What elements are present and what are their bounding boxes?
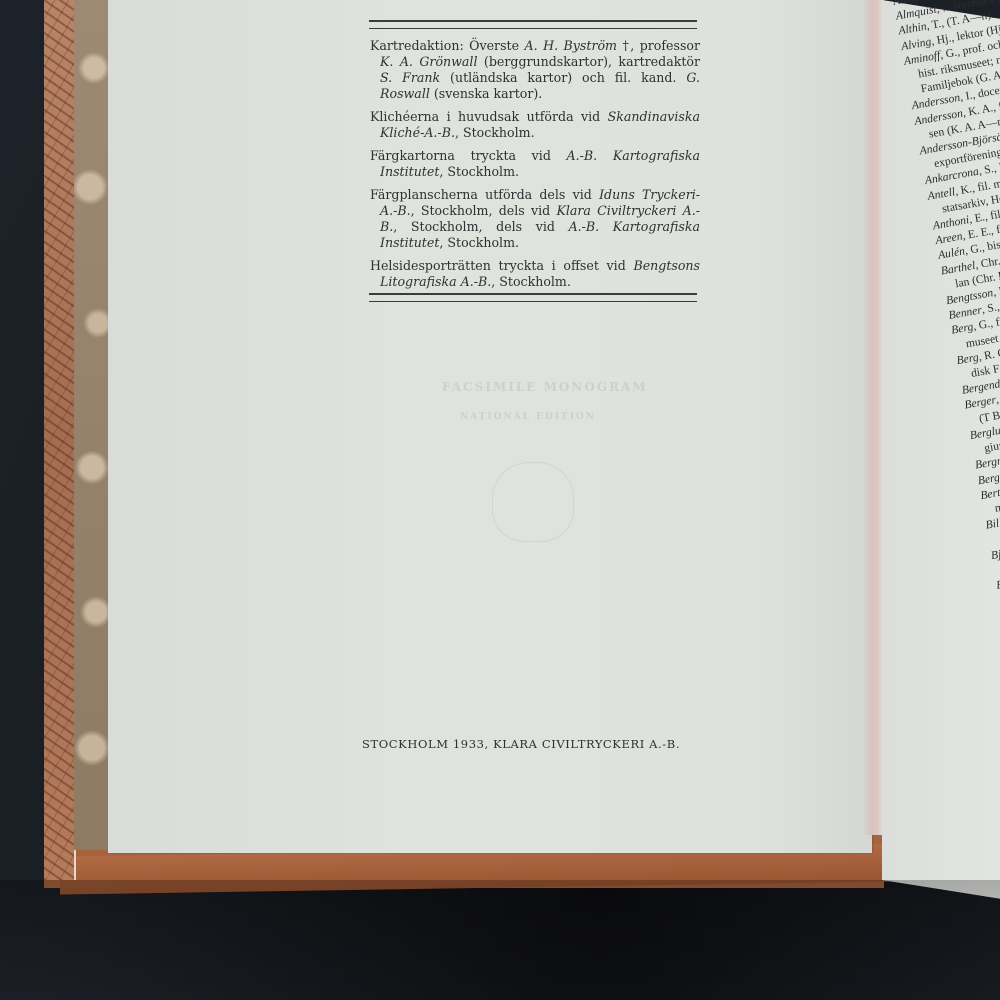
book-gutter <box>864 0 884 835</box>
colophon-paragraph: Klichéerna i huvudsak utförda vid Skandi… <box>370 109 700 141</box>
embossed-monogram <box>492 462 574 542</box>
colophon-paragraph: Kartredaktion: Överste A. H. Byström †, … <box>370 38 700 102</box>
top-double-rule <box>369 20 697 29</box>
printer-imprint: STOCKHOLM 1933, KLARA CIVILTRYCKERI A.-B… <box>362 737 722 751</box>
colophon-paragraph: Helsidesporträtten tryckta i offset vid … <box>370 258 700 290</box>
colophon-text-block: Kartredaktion: Överste A. H. Byström †, … <box>370 38 700 297</box>
marbled-spine-edge <box>44 0 76 880</box>
colophon-paragraph: Färgplanscherna utförda dels vid Iduns T… <box>370 187 700 251</box>
table-shadow <box>0 880 1000 1000</box>
show-through-text-1: FACSIMILE MONOGRAM <box>442 380 648 394</box>
bottom-double-rule <box>369 293 697 302</box>
colophon-paragraph: Färgkartorna tryckta vid A.-B. Kartograf… <box>370 148 700 180</box>
show-through-text-2: NATIONAL EDITION <box>460 412 596 422</box>
